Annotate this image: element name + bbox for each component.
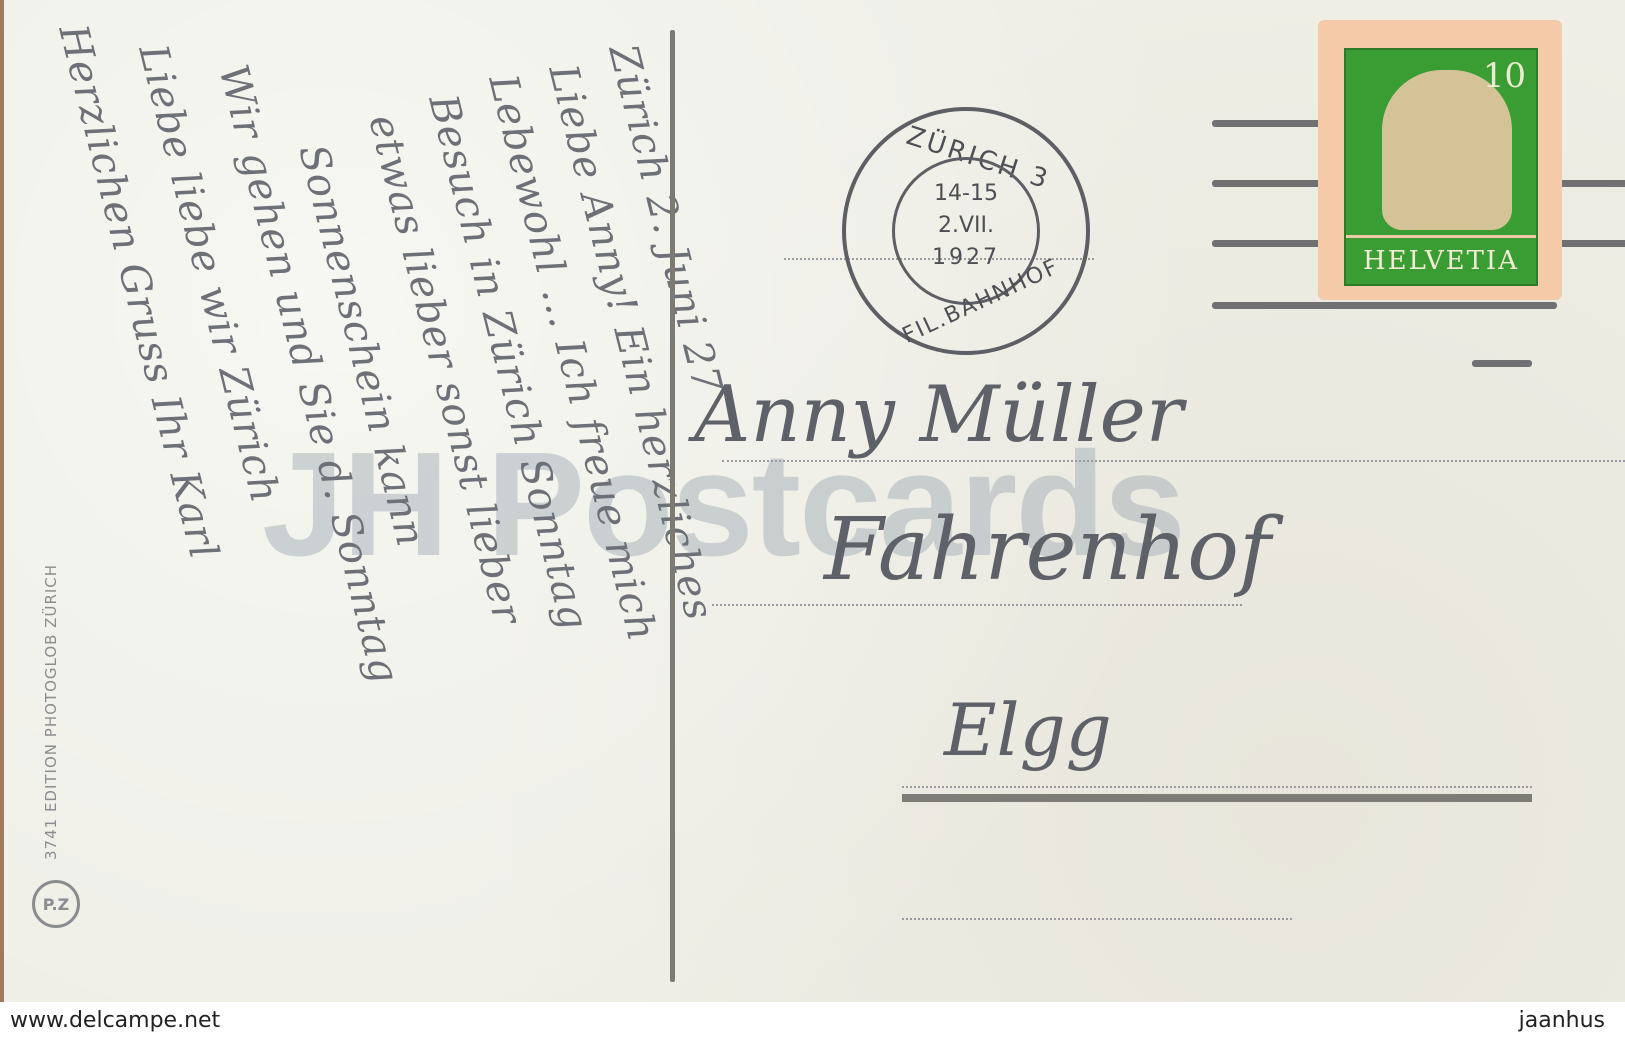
address-line-5-dots: [902, 918, 1292, 920]
cancel-bar: [1472, 360, 1532, 367]
source-site-label: www.delcampe.net: [10, 1008, 220, 1033]
address-line-4-dots: [902, 786, 1532, 788]
address-underline: [902, 794, 1532, 802]
postcard-back: JH Postcards Zürich 2. Juni 27 Liebe Ann…: [0, 0, 1625, 1002]
footer: www.delcampe.net jaanhus: [0, 1002, 1625, 1040]
address-line-3-dots: [712, 604, 1242, 606]
publisher-imprint: 3741 EDITION PHOTOGLOB ZÜRICH: [42, 564, 60, 860]
seller-label: jaanhus: [1519, 1008, 1605, 1033]
address-line-2-dots: [722, 460, 1625, 462]
stamp-country: HELVETIA: [1346, 235, 1536, 284]
publisher-logo-icon: P.Z: [32, 880, 80, 928]
postmark-time: 14-15: [846, 181, 1086, 206]
recipient-name: Anny Müller: [694, 370, 1183, 460]
card-divider: [670, 30, 675, 982]
postmark: ZÜRICH 3 14-15 2.VII. 1927 FIL.BAHNHOF: [842, 107, 1090, 355]
postmark-date: 2.VII.: [846, 213, 1086, 238]
cancel-bar: [1212, 302, 1557, 309]
stamp-denomination: 10: [1483, 56, 1526, 96]
stamp-design: 10 HELVETIA: [1344, 48, 1538, 286]
recipient-street: Fahrenhof: [824, 500, 1271, 600]
recipient-city: Elgg: [944, 688, 1112, 772]
